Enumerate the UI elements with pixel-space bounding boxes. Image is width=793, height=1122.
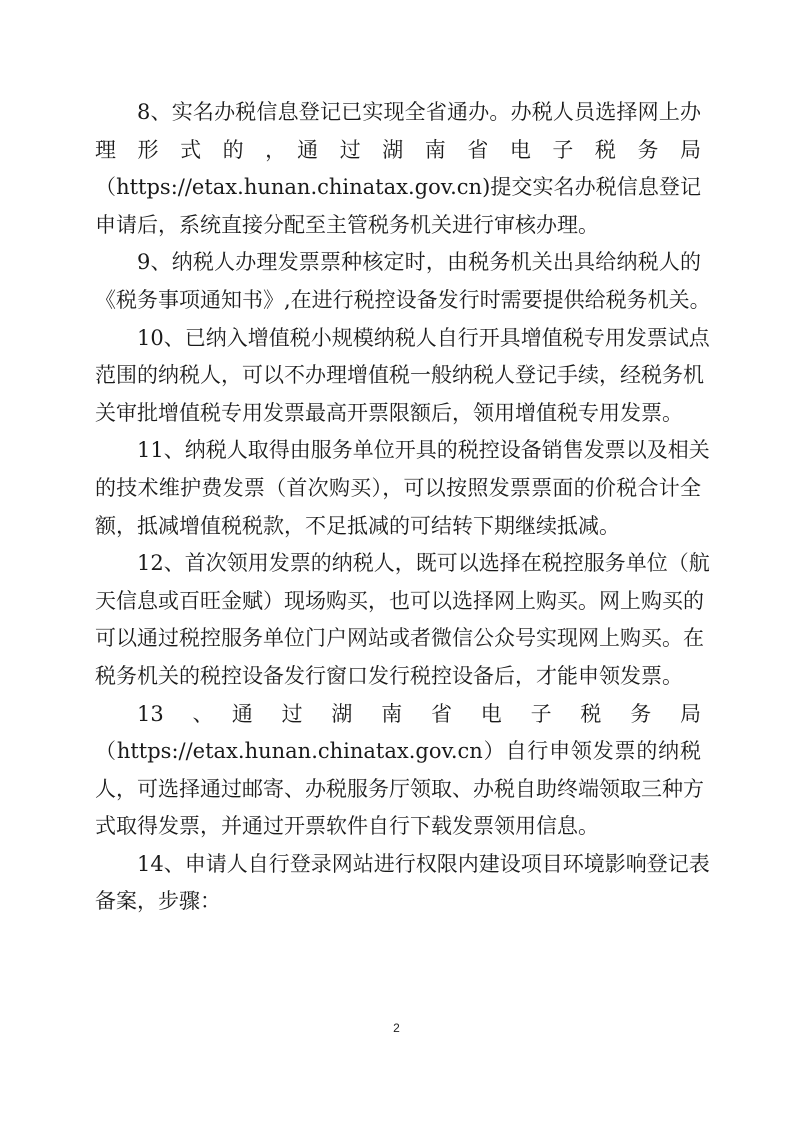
text-line: 备案，步骤： xyxy=(95,883,701,921)
text-line: 9、纳税人办理发票票种核定时，由税务机关出具给纳税人的 xyxy=(95,244,701,282)
text-line: 12、首次领用发票的纳税人，既可以选择在税控服务单位（航 xyxy=(95,545,701,583)
text-line: 范围的纳税人，可以不办理增值税一般纳税人登记手续，经税务机 xyxy=(95,357,701,395)
text-line: 8、实名办税信息登记已实现全省通办。办税人员选择网上办 xyxy=(95,94,701,132)
text-line: 式取得发票，并通过开票软件自行下载发票领用信息。 xyxy=(95,808,701,846)
text-line: （https://etax.hunan.chinatax.gov.cn）自行申领… xyxy=(95,733,701,771)
paragraph-item-9: 9、纳税人办理发票票种核定时，由税务机关出具给纳税人的 《税务事项通知书》,在进… xyxy=(95,244,701,319)
text-line: 10、已纳入增值税小规模纳税人自行开具增值税专用发票试点 xyxy=(95,320,701,358)
text-line: 税务机关的税控设备发行窗口发行税控设备后，才能申领发票。 xyxy=(95,658,701,696)
document-page: 8、实名办税信息登记已实现全省通办。办税人员选择网上办 理 形 式 的 ， 通 … xyxy=(95,94,701,921)
text-line: 申请后，系统直接分配至主管税务机关进行审核办理。 xyxy=(95,207,701,245)
paragraph-item-10: 10、已纳入增值税小规模纳税人自行开具增值税专用发票试点 范围的纳税人，可以不办… xyxy=(95,320,701,433)
paragraph-item-11: 11、纳税人取得由服务单位开具的税控设备销售发票以及相关 的技术维护费发票（首次… xyxy=(95,432,701,545)
paragraph-item-12: 12、首次领用发票的纳税人，既可以选择在税控服务单位（航 天信息或百旺金赋）现场… xyxy=(95,545,701,695)
text-line: 理 形 式 的 ， 通 过 湖 南 省 电 子 税 务 局 xyxy=(95,132,701,170)
paragraph-item-8: 8、实名办税信息登记已实现全省通办。办税人员选择网上办 理 形 式 的 ， 通 … xyxy=(95,94,701,244)
text-line: 《税务事项通知书》,在进行税控设备发行时需要提供给税务机关。 xyxy=(95,282,701,320)
text-line: 11、纳税人取得由服务单位开具的税控设备销售发票以及相关 xyxy=(95,432,701,470)
text-line: 14、申请人自行登录网站进行权限内建设项目环境影响登记表 xyxy=(95,846,701,884)
text-line: （https://etax.hunan.chinatax.gov.cn)提交实名… xyxy=(95,169,701,207)
text-line: 13 、 通 过 湖 南 省 电 子 税 务 局 xyxy=(95,696,701,734)
text-line: 的技术维护费发票（首次购买），可以按照发票票面的价税合计全 xyxy=(95,470,701,508)
text-line: 天信息或百旺金赋）现场购买，也可以选择网上购买。网上购买的 xyxy=(95,583,701,621)
text-line: 关审批增值税专用发票最高开票限额后，领用增值税专用发票。 xyxy=(95,395,701,433)
text-line: 人，可选择通过邮寄、办税服务厅领取、办税自助终端领取三种方 xyxy=(95,771,701,809)
paragraph-item-13: 13 、 通 过 湖 南 省 电 子 税 务 局 （https://etax.h… xyxy=(95,696,701,846)
paragraph-item-14: 14、申请人自行登录网站进行权限内建设项目环境影响登记表 备案，步骤： xyxy=(95,846,701,921)
page-number: 2 xyxy=(0,1021,793,1035)
text-line: 可以通过税控服务单位门户网站或者微信公众号实现网上购买。在 xyxy=(95,620,701,658)
text-line: 额，抵减增值税税款，不足抵减的可结转下期继续抵减。 xyxy=(95,508,701,546)
